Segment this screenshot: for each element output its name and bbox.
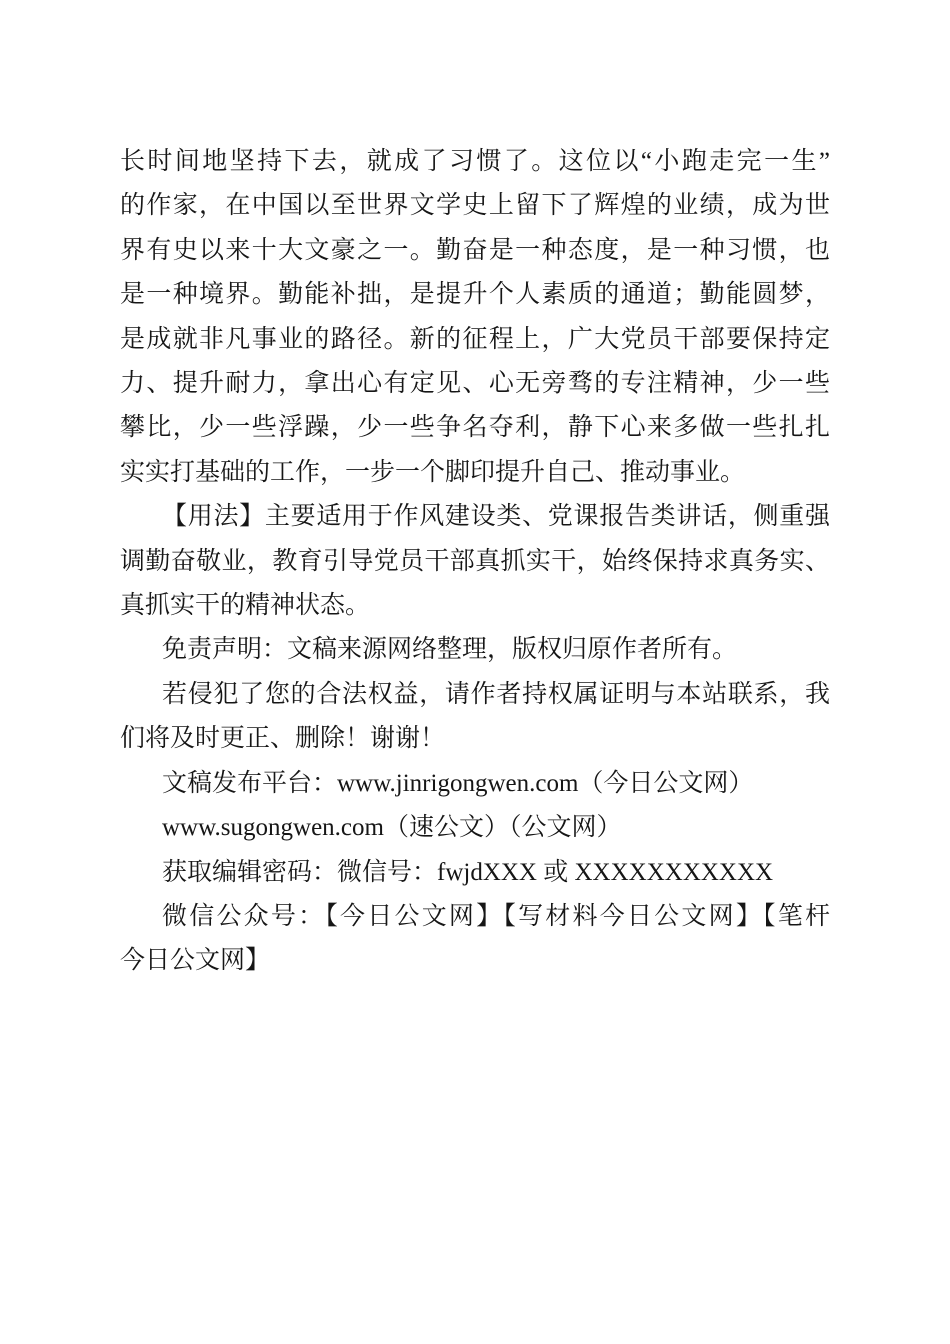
disclaimer-paragraph-2: 若侵犯了您的合法权益，请作者持权属证明与本站联系，我们将及时更正、删除！谢谢！ xyxy=(120,673,830,762)
text-line: 长时间地坚持下去，就成了习惯了。这位以“小跑走完一生” xyxy=(120,140,830,184)
wechat-accounts-paragraph: 微信公众号：【今日公文网】【写材料今日公文网】【笔杆今日公文网】 xyxy=(120,895,830,984)
text-line: 今日公文网】 xyxy=(120,939,830,983)
body-paragraph-diligence: 长时间地坚持下去，就成了习惯了。这位以“小跑走完一生”的作家，在中国以至世界文学… xyxy=(120,140,830,495)
text-line: 力、提升耐力，拿出心有定见、心无旁骛的专注精神，少一些 xyxy=(120,362,830,406)
text-line: 文稿发布平台：www.jinrigongwen.com（今日公文网） xyxy=(120,762,830,806)
password-paragraph: 获取编辑密码：微信号：fwjdXXX 或 XXXXXXXXXXX xyxy=(120,851,830,895)
text-line: 若侵犯了您的合法权益，请作者持权属证明与本站联系，我 xyxy=(120,673,830,717)
text-line: 微信公众号：【今日公文网】【写材料今日公文网】【笔杆 xyxy=(120,895,830,939)
text-line: 真抓实干的精神状态。 xyxy=(120,584,830,628)
text-line: 实实打基础的工作，一步一个脚印提升自己、推动事业。 xyxy=(120,451,830,495)
document-page: 长时间地坚持下去，就成了习惯了。这位以“小跑走完一生”的作家，在中国以至世界文学… xyxy=(0,0,950,1344)
platform-paragraph-1: 文稿发布平台：www.jinrigongwen.com（今日公文网） xyxy=(120,762,830,806)
text-line: 界有史以来十大文豪之一。勤奋是一种态度，是一种习惯，也 xyxy=(120,229,830,273)
text-line: www.sugongwen.com（速公文）（公文网） xyxy=(120,806,830,850)
text-line: 【用法】主要适用于作风建设类、党课报告类讲话，侧重强 xyxy=(120,495,830,539)
text-line: 获取编辑密码：微信号：fwjdXXX 或 XXXXXXXXXXX xyxy=(120,851,830,895)
text-line: 是一种境界。勤能补拙，是提升个人素质的通道；勤能圆梦， xyxy=(120,273,830,317)
text-line: 免责声明：文稿来源网络整理，版权归原作者所有。 xyxy=(120,628,830,672)
text-line: 调勤奋敬业，教育引导党员干部真抓实干，始终保持求真务实、 xyxy=(120,540,830,584)
text-line: 是成就非凡事业的路径。新的征程上，广大党员干部要保持定 xyxy=(120,318,830,362)
usage-note-paragraph: 【用法】主要适用于作风建设类、党课报告类讲话，侧重强调勤奋敬业，教育引导党员干部… xyxy=(120,495,830,628)
text-line: 的作家，在中国以至世界文学史上留下了辉煌的业绩，成为世 xyxy=(120,184,830,228)
document-body: 长时间地坚持下去，就成了习惯了。这位以“小跑走完一生”的作家，在中国以至世界文学… xyxy=(120,140,830,984)
disclaimer-paragraph-1: 免责声明：文稿来源网络整理，版权归原作者所有。 xyxy=(120,628,830,672)
text-line: 们将及时更正、删除！谢谢！ xyxy=(120,717,830,761)
platform-paragraph-2: www.sugongwen.com（速公文）（公文网） xyxy=(120,806,830,850)
text-line: 攀比，少一些浮躁，少一些争名夺利，静下心来多做一些扎扎 xyxy=(120,406,830,450)
